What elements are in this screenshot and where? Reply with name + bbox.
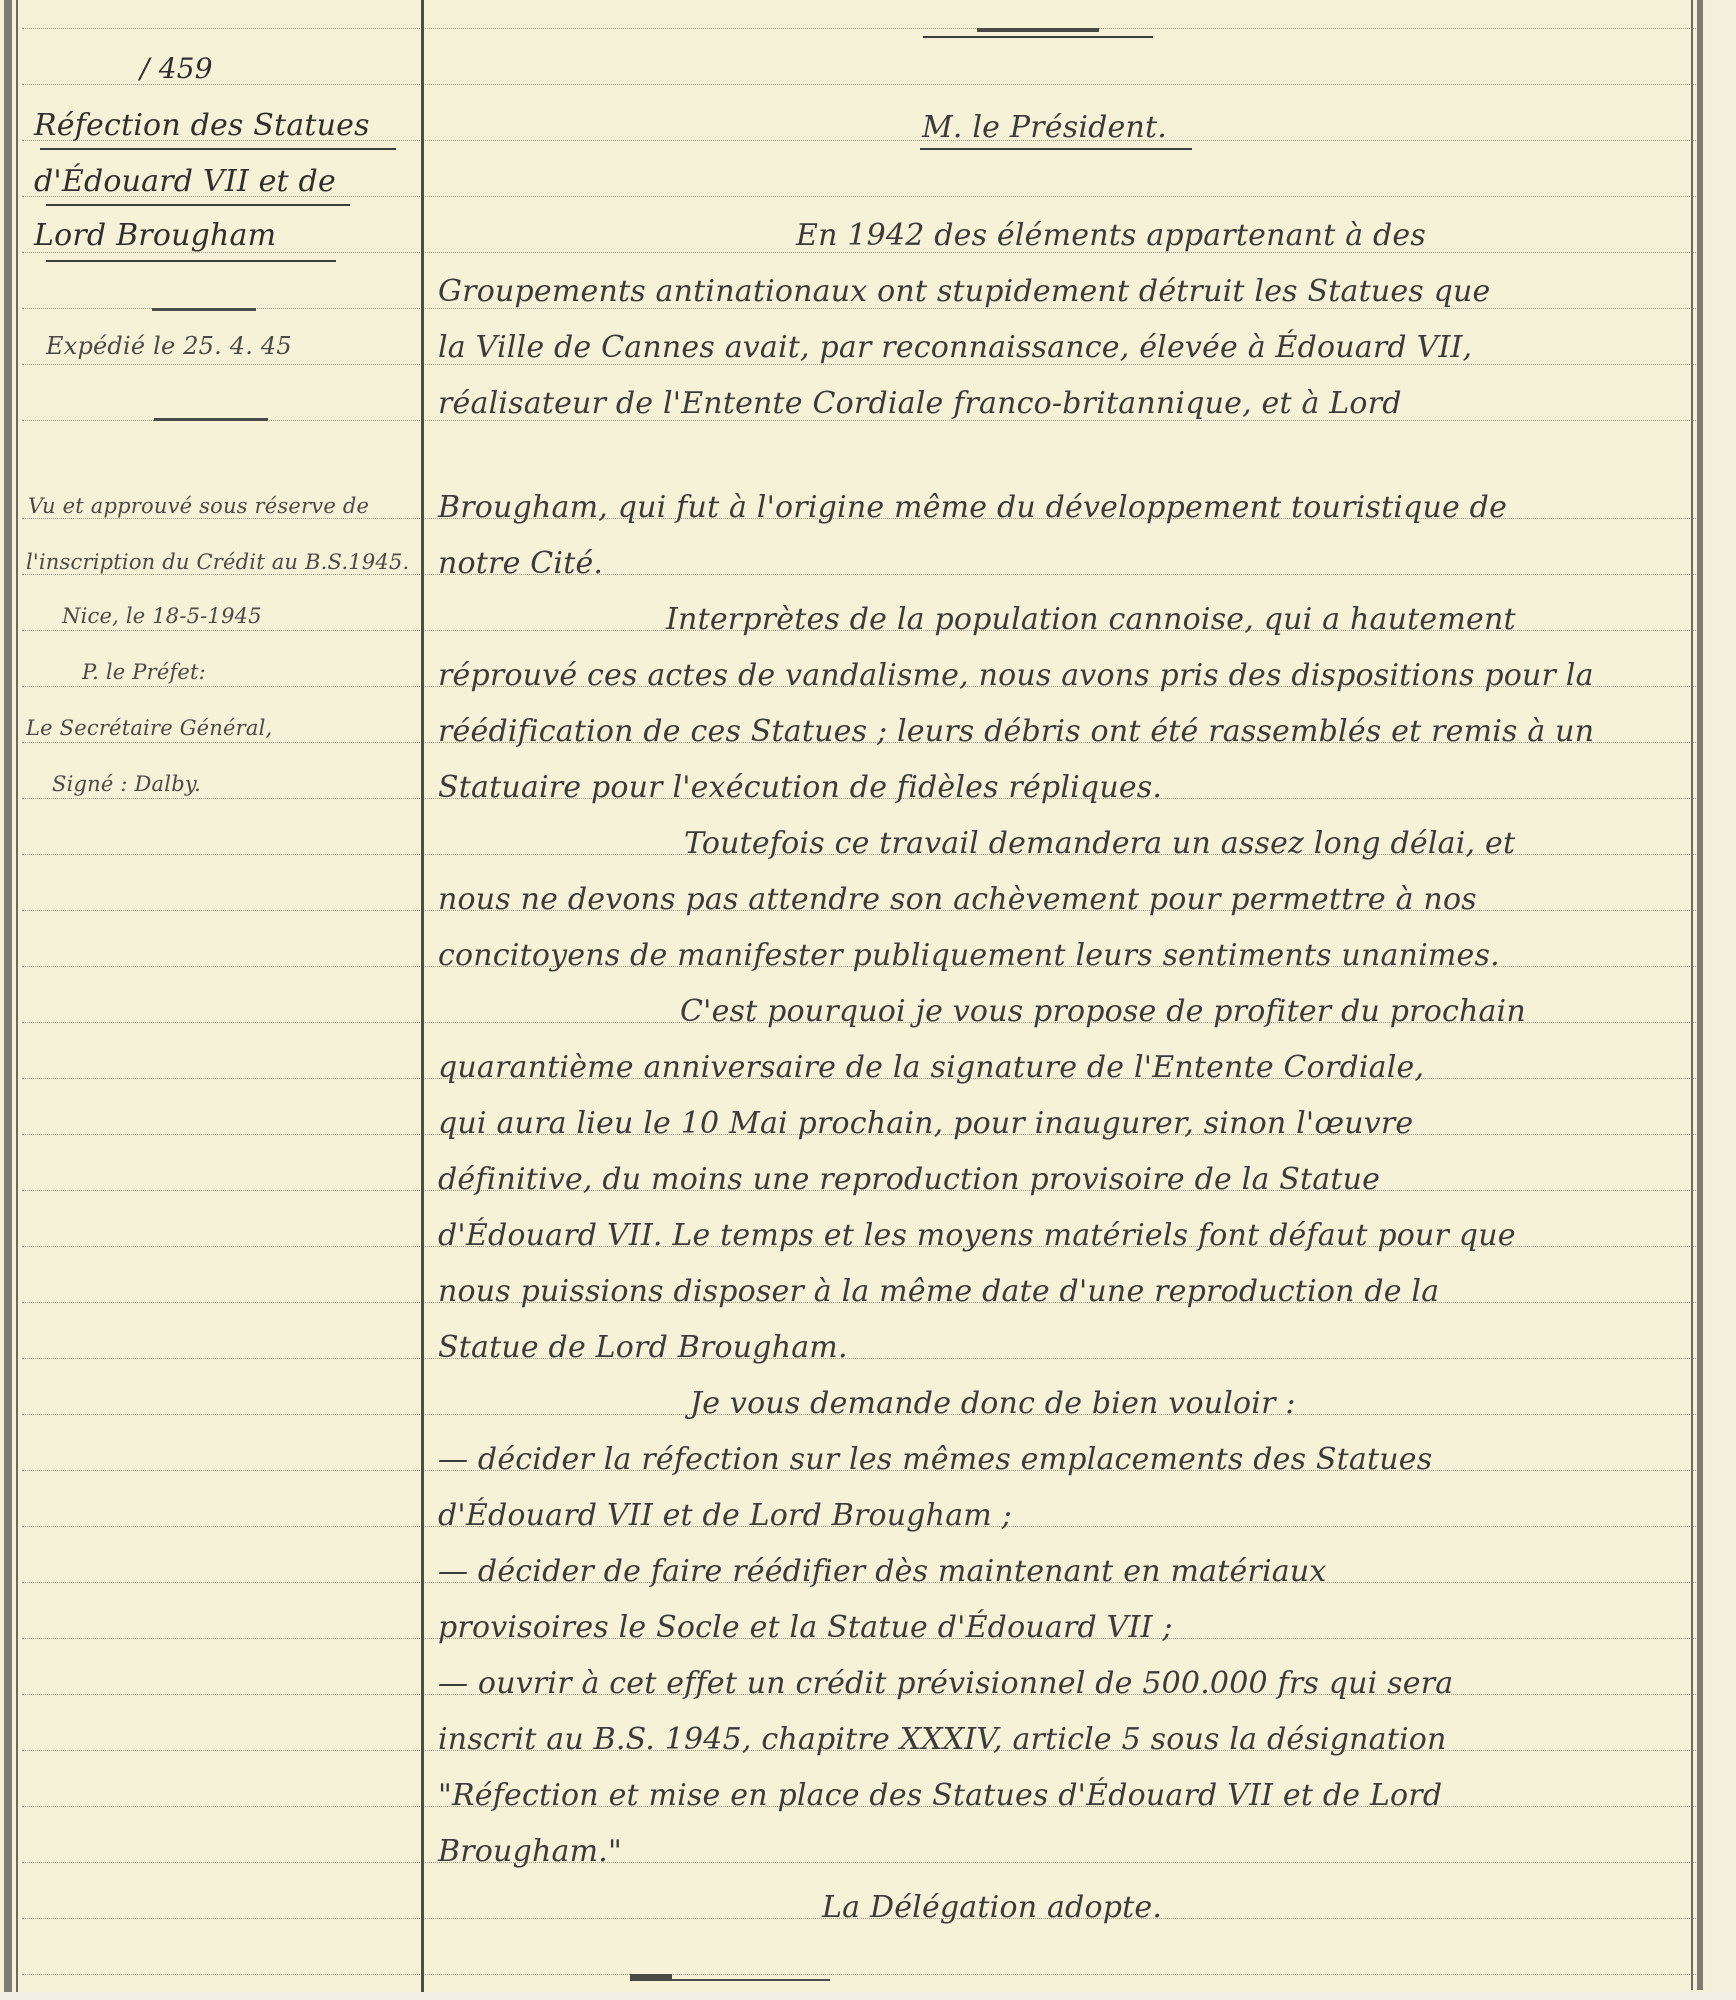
body-line: d'Édouard VII. Le temps et les moyens ma… bbox=[438, 1218, 1516, 1253]
margin-title-line: Réfection des Statues bbox=[34, 108, 370, 143]
body-line: la Ville de Cannes avait, par reconnaiss… bbox=[438, 330, 1472, 365]
separator-line bbox=[923, 36, 1153, 38]
body-line: En 1942 des éléments appartenant à des bbox=[796, 218, 1426, 253]
approval-line: Le Secrétaire Général, bbox=[26, 716, 272, 740]
approval-line: l'inscription du Crédit au B.S.1945. bbox=[26, 550, 409, 574]
margin-title-line: d'Édouard VII et de bbox=[34, 164, 336, 199]
conclusion: La Délégation adopte. bbox=[822, 1890, 1162, 1925]
ruled-line bbox=[22, 84, 1702, 85]
margin-separator bbox=[152, 308, 256, 311]
ruled-line bbox=[22, 1862, 1702, 1863]
ruled-line bbox=[22, 1358, 1702, 1359]
deliberation-number: / 459 bbox=[140, 52, 213, 85]
body-line: Brougham." bbox=[438, 1834, 622, 1869]
body-line: quarantième anniversaire de la signature… bbox=[438, 1050, 1424, 1085]
ruled-line bbox=[22, 1974, 1702, 1975]
body-line: réprouvé ces actes de vandalisme, nous a… bbox=[438, 658, 1594, 693]
page-edge bbox=[1706, 0, 1736, 2000]
body-line: Je vous demande donc de bien vouloir : bbox=[690, 1386, 1296, 1421]
body-line: Toutefois ce travail demandera un assez … bbox=[684, 826, 1515, 861]
body-line: inscrit au B.S. 1945, chapitre XXXIV, ar… bbox=[438, 1722, 1447, 1757]
body-line: réédification de ces Statues ; leurs déb… bbox=[438, 714, 1594, 749]
end-separator bbox=[630, 1974, 672, 1978]
margin-title-line: Lord Brougham bbox=[34, 218, 276, 253]
body-line: réalisateur de l'Entente Cordiale franco… bbox=[438, 386, 1402, 421]
body-line: nous puissions disposer à la même date d… bbox=[438, 1274, 1439, 1309]
salutation-underline bbox=[920, 148, 1192, 150]
body-line: — ouvrir à cet effet un crédit prévision… bbox=[438, 1666, 1453, 1701]
title-underline bbox=[40, 148, 396, 150]
approval-date: Nice, le 18-5-1945 bbox=[62, 604, 262, 628]
salutation: M. le Président. bbox=[922, 110, 1167, 145]
body-line: provisoires le Socle et la Statue d'Édou… bbox=[438, 1610, 1173, 1645]
left-border-inner bbox=[16, 0, 18, 2000]
right-border bbox=[1697, 0, 1703, 1990]
left-border bbox=[4, 0, 12, 2000]
separator-bar bbox=[977, 28, 1099, 32]
body-line: — décider la réfection sur les mêmes emp… bbox=[438, 1442, 1432, 1477]
expedie-date: Expédié le 25. 4. 45 bbox=[46, 332, 292, 360]
title-underline bbox=[46, 204, 350, 206]
body-line: Groupements antinationaux ont stupidemen… bbox=[438, 274, 1491, 309]
approval-line: P. le Préfet: bbox=[82, 660, 206, 684]
body-line: Brougham, qui fut à l'origine même du dé… bbox=[438, 490, 1507, 525]
ledger-page: / 459 Réfection des Statues d'Édouard VI… bbox=[0, 0, 1736, 2000]
body-line: notre Cité. bbox=[438, 546, 603, 581]
body-line: nous ne devons pas attendre son achèveme… bbox=[438, 882, 1477, 917]
body-line: définitive, du moins une reproduction pr… bbox=[438, 1162, 1380, 1197]
ruled-line bbox=[22, 28, 1702, 29]
body-line: — décider de faire réédifier dès mainten… bbox=[438, 1554, 1327, 1589]
body-line: qui aura lieu le 10 Mai prochain, pour i… bbox=[438, 1106, 1413, 1141]
title-underline bbox=[46, 260, 336, 262]
approval-signature: Signé : Dalby. bbox=[52, 772, 201, 796]
body-line: Statuaire pour l'exécution de fidèles ré… bbox=[438, 770, 1162, 805]
body-line: concitoyens de manifester publiquement l… bbox=[438, 938, 1500, 973]
approval-line: Vu et approuvé sous réserve de bbox=[28, 494, 369, 518]
body-line: "Réfection et mise en place des Statues … bbox=[438, 1778, 1442, 1813]
body-line: Interprètes de la population cannoise, q… bbox=[666, 602, 1516, 637]
ruled-line bbox=[22, 574, 1702, 575]
body-line: C'est pourquoi je vous propose de profit… bbox=[680, 994, 1526, 1029]
bottom-edge bbox=[0, 1992, 1736, 2000]
end-separator bbox=[630, 1979, 830, 1981]
column-divider bbox=[421, 0, 424, 2000]
right-border-inner bbox=[1691, 0, 1693, 1990]
body-line: d'Édouard VII et de Lord Brougham ; bbox=[438, 1498, 1012, 1533]
margin-separator bbox=[154, 418, 268, 421]
body-line: Statue de Lord Brougham. bbox=[438, 1330, 848, 1365]
